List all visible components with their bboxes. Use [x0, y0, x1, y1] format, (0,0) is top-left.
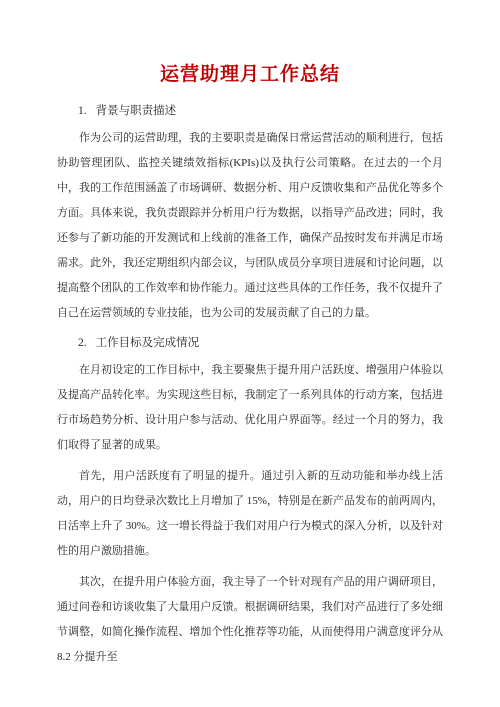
paragraph-user-experience: 其次，在提升用户体验方面，我主导了一个针对现有产品的用户调研项目，通过问卷和访谈…	[57, 570, 443, 670]
paragraph-user-activity: 首先，用户活跃度有了明显的提升。通过引入新的互动功能和举办线上活动，用户的日均登…	[57, 464, 443, 564]
section-1-number: 1.	[78, 100, 87, 122]
section-background: 1.背景与职责描述 作为公司的运营助理，我的主要职责是确保日常运营活动的顺利进行…	[57, 100, 443, 326]
document-page: 运营助理月工作总结 1.背景与职责描述 作为公司的运营助理，我的主要职责是确保日…	[0, 0, 500, 707]
section-2-number: 2.	[78, 332, 87, 354]
section-2-heading: 2.工作目标及完成情况	[57, 332, 443, 354]
section-1-title: 背景与职责描述	[96, 105, 177, 117]
section-goals: 2.工作目标及完成情况 在月初设定的工作目标中，我主要聚焦于提升用户活跃度、增强…	[57, 332, 443, 670]
document-title: 运营助理月工作总结	[57, 62, 443, 88]
section-1-heading: 1.背景与职责描述	[57, 100, 443, 122]
paragraph-duties: 作为公司的运营助理，我的主要职责是确保日常运营活动的顺利进行，包括协助管理团队、…	[57, 126, 443, 326]
section-2-title: 工作目标及完成情况	[96, 337, 200, 349]
paragraph-goals-overview: 在月初设定的工作目标中，我主要聚焦于提升用户活跃度、增强用户体验以及提高产品转化…	[57, 358, 443, 458]
